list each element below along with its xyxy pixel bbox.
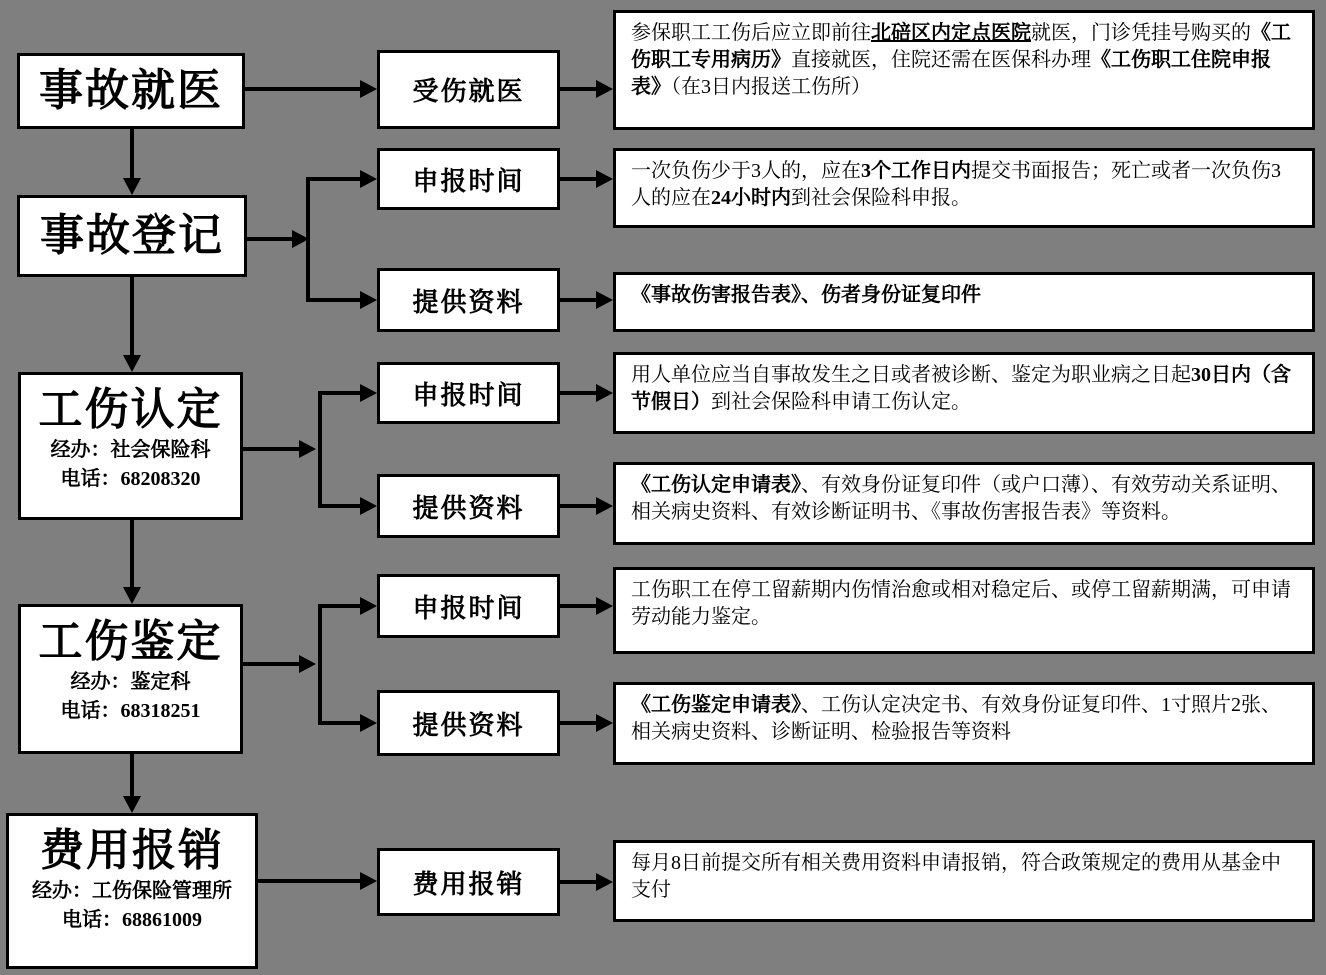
stage-title-injury-appraisal: 工伤鉴定 [39, 617, 223, 668]
arrow-stage2-stage3-head [123, 355, 141, 372]
arrow-stage1-step-shaft [245, 87, 361, 91]
stage-title-accident-medical: 事故就医 [39, 66, 223, 117]
detail-text: 工伤职工在停工留薪期内伤情治愈或相对稳定后、或停工留薪期满，可申请劳动能力鉴定。 [631, 577, 1298, 631]
arrow-step1-detail-head [596, 80, 613, 98]
step-label: 申报时间 [412, 375, 524, 412]
step-box-materials-registration: 提供资料 [377, 268, 560, 332]
arrow-step3-detail-head [596, 291, 613, 309]
stage-box-injury-determination: 工伤认定 经办：社会保险科 电话：68208320 [18, 372, 243, 520]
step-label: 申报时间 [412, 588, 524, 625]
stage-title-accident-registration: 事故登记 [40, 211, 224, 262]
step-box-materials-determination: 提供资料 [377, 474, 560, 538]
detail-text: 《工伤鉴定申请表》、工伤认定决定书、有效身份证复印件、1寸照片2张、相关病史资料… [631, 692, 1298, 746]
arrow-stage1-step-head [360, 80, 377, 98]
branch-stage2-top-head [360, 170, 377, 188]
step-box-report-time-registration: 申报时间 [377, 148, 560, 210]
branch-stage4-stem-head [299, 655, 316, 673]
arrow-stage3-stage4-head [123, 587, 141, 604]
step-label: 受伤就医 [412, 71, 524, 108]
detail-text: 参保职工工伤后应立即前往北碚区内定点医院就医，门诊凭挂号购买的《工伤职工专用病历… [631, 20, 1298, 101]
branch-stage3-stem-shaft [243, 447, 301, 451]
branch-stage4-top-head [360, 597, 377, 615]
arrow-step1-detail-shaft [560, 87, 597, 91]
stage-title-expense-reimbursement: 费用报销 [40, 826, 224, 877]
branch-stage4-spine [318, 604, 322, 725]
stage-phone-injury-appraisal: 电话：68318251 [61, 697, 201, 726]
branch-stage3-top-shaft [318, 391, 361, 395]
stage-agency-injury-determination: 经办：社会保险科 [51, 436, 211, 465]
detail-text: 用人单位应当自事故发生之日或者被诊断、鉴定为职业病之日起30日内（含节假日）到社… [631, 362, 1298, 416]
arrow-stage4-stage5-head [123, 796, 141, 813]
branch-stage3-bottom-shaft [318, 504, 361, 508]
arrow-stage2-stage3-shaft [130, 277, 134, 356]
step-box-materials-appraisal: 提供资料 [377, 690, 560, 756]
arrow-step8-detail-shaft [560, 880, 597, 884]
arrow-stage4-stage5-shaft [130, 754, 134, 797]
detail-text: 一次负伤少于3人的，应在3个工作日内提交书面报告；死亡或者一次负伤3人的应在24… [631, 158, 1298, 212]
detail-box-materials-registration: 《事故伤害报告表》、伤者身份证复印件 [613, 272, 1315, 332]
branch-stage4-top-shaft [318, 604, 361, 608]
stage-phone-expense-reimbursement: 电话：68861009 [62, 906, 202, 935]
arrow-stage1-stage2-shaft [130, 129, 134, 178]
arrow-step7-detail-head [596, 714, 613, 732]
step-box-report-time-appraisal: 申报时间 [377, 574, 560, 638]
stage-phone-injury-determination: 电话：68208320 [61, 465, 201, 494]
stage-agency-injury-appraisal: 经办：鉴定科 [71, 668, 191, 697]
detail-box-materials-appraisal: 《工伤鉴定申请表》、工伤认定决定书、有效身份证复印件、1寸照片2张、相关病史资料… [613, 682, 1315, 765]
arrow-step2-detail-head [596, 170, 613, 188]
branch-stage2-top-shaft [306, 177, 361, 181]
stage-agency-expense-reimbursement: 经办：工伤保险管理所 [32, 877, 232, 906]
step-box-injured-treatment: 受伤就医 [377, 50, 560, 129]
step-label: 提供资料 [412, 488, 524, 525]
arrow-stage5-step-head [360, 872, 377, 890]
branch-stage3-spine [318, 391, 322, 508]
branch-stage2-bottom-shaft [306, 298, 361, 302]
detail-text: 每月8日前提交所有相关费用资料申请报销，符合政策规定的费用从基金中支付 [631, 850, 1298, 904]
detail-text: 《事故伤害报告表》、伤者身份证复印件 [631, 282, 1298, 309]
branch-stage4-bottom-shaft [318, 721, 361, 725]
branch-stage3-stem-head [299, 440, 316, 458]
arrow-step2-detail-shaft [560, 177, 597, 181]
branch-stage2-stem-shaft [247, 237, 294, 241]
step-box-report-time-determination: 申报时间 [377, 362, 560, 424]
step-label: 提供资料 [412, 705, 524, 742]
branch-stage2-bottom-head [360, 291, 377, 309]
arrow-step4-detail-head [596, 384, 613, 402]
arrow-stage3-stage4-shaft [130, 520, 134, 588]
stage-box-expense-reimbursement: 费用报销 经办：工伤保险管理所 电话：68861009 [6, 813, 258, 969]
step-box-expense-reimbursement: 费用报销 [377, 848, 560, 916]
detail-box-report-time-appraisal: 工伤职工在停工留薪期内伤情治愈或相对稳定后、或停工留薪期满，可申请劳动能力鉴定。 [613, 567, 1315, 654]
step-label: 费用报销 [412, 864, 524, 901]
detail-box-injured-treatment: 参保职工工伤后应立即前往北碚区内定点医院就医，门诊凭挂号购买的《工伤职工专用病历… [613, 10, 1315, 130]
arrow-step6-detail-head [596, 597, 613, 615]
branch-stage4-stem-shaft [243, 662, 301, 666]
arrow-step6-detail-shaft [560, 604, 597, 608]
stage-box-accident-registration: 事故登记 [17, 195, 247, 277]
branch-stage2-spine [306, 177, 310, 302]
flowchart-canvas: 事故就医 事故登记 工伤认定 经办：社会保险科 电话：68208320 工伤鉴定… [0, 0, 1326, 975]
detail-box-materials-determination: 《工伤认定申请表》、有效身份证复印件（或户口薄）、有效劳动关系证明、相关病史资料… [613, 462, 1315, 545]
detail-box-report-time-registration: 一次负伤少于3人的，应在3个工作日内提交书面报告；死亡或者一次负伤3人的应在24… [613, 148, 1315, 228]
detail-text: 《工伤认定申请表》、有效身份证复印件（或户口薄）、有效劳动关系证明、相关病史资料… [631, 472, 1298, 526]
arrow-step5-detail-head [596, 497, 613, 515]
arrow-step7-detail-shaft [560, 721, 597, 725]
arrow-stage1-stage2-head [123, 178, 141, 195]
stage-title-injury-determination: 工伤认定 [39, 385, 223, 436]
detail-box-report-time-determination: 用人单位应当自事故发生之日或者被诊断、鉴定为职业病之日起30日内（含节假日）到社… [613, 352, 1315, 434]
arrow-step8-detail-head [596, 873, 613, 891]
stage-box-injury-appraisal: 工伤鉴定 经办：鉴定科 电话：68318251 [18, 604, 243, 754]
arrow-stage5-step-shaft [258, 879, 361, 883]
step-label: 申报时间 [412, 161, 524, 198]
arrow-step3-detail-shaft [560, 298, 597, 302]
step-label: 提供资料 [412, 282, 524, 319]
branch-stage3-bottom-head [360, 497, 377, 515]
arrow-step4-detail-shaft [560, 391, 597, 395]
detail-box-expense-reimbursement: 每月8日前提交所有相关费用资料申请报销，符合政策规定的费用从基金中支付 [613, 840, 1315, 922]
arrow-step5-detail-shaft [560, 504, 597, 508]
branch-stage3-top-head [360, 384, 377, 402]
stage-box-accident-medical: 事故就医 [17, 53, 245, 129]
branch-stage4-bottom-head [360, 714, 377, 732]
